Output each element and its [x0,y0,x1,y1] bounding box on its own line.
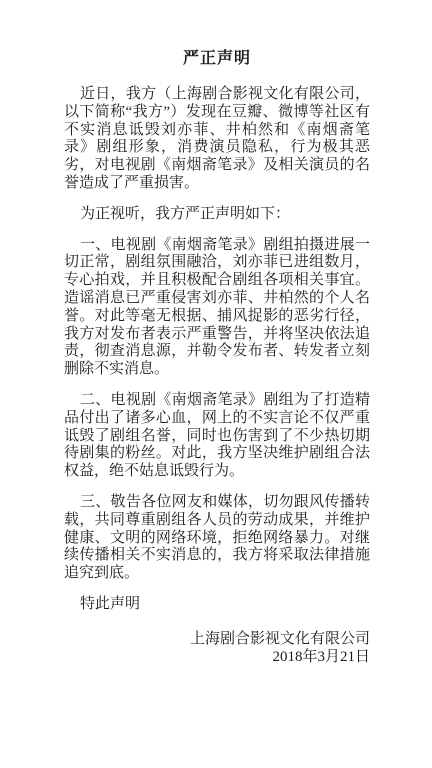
signature-company: 上海剧合影视文化有限公司 [64,631,370,649]
statement-preamble: 为正视听，我方严正声明如下： [64,206,370,224]
statement-document: 严正声明 近日，我方（上海剧合影视文化有限公司，以下简称“我方”）发现在豆瓣、微… [0,0,432,768]
signature-date: 2018年3月21日 [64,649,370,667]
statement-point-2: 二、电视剧《南烟斋笔录》剧组为了打造精品付出了诸多心血，网上的不实言论不仅严重诋… [64,392,370,481]
statement-intro-paragraph: 近日，我方（上海剧合影视文化有限公司，以下简称“我方”）发现在豆瓣、微博等社区有… [64,86,370,193]
statement-point-1: 一、电视剧《南烟斋笔录》剧组拍摄进展一切正常，剧组氛围融洽，刘亦菲已进组数月，专… [64,237,370,379]
signature-block: 上海剧合影视文化有限公司 2018年3月21日 [64,631,370,667]
statement-title: 严正声明 [64,48,370,69]
statement-point-3: 三、敬告各位网友和媒体，切勿跟风传播转载，共同尊重剧组各人员的劳动成果，并维护健… [64,494,370,583]
statement-closing: 特此声明 [64,596,370,614]
